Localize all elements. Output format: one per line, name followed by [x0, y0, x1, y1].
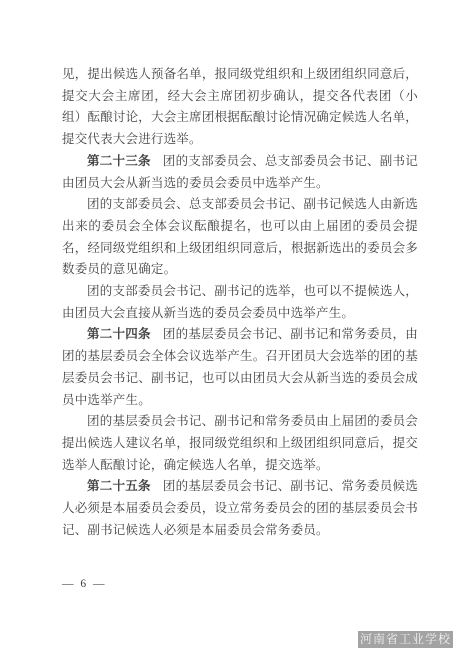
paragraph: 团的支部委员会书记、副书记的选举，也可以不提候选人，由团员大会直接从新当选的委员… — [62, 281, 418, 324]
paragraph: 见，提出候选人预备名单，报同级党组织和上级团组织同意后，提交大会主席团，经大会主… — [62, 64, 418, 151]
document-body-text: 见，提出候选人预备名单，报同级党组织和上级团组织同意后，提交大会主席团，经大会主… — [62, 64, 418, 541]
paragraph-text: 见，提出候选人预备名单，报同级党组织和上级团组织同意后，提交大会主席团，经大会主… — [62, 67, 418, 146]
paragraph: 第二十四条团的基层委员会书记、副书记和常务委员，由团的基层委员会全体会议选举产生… — [62, 324, 418, 411]
paragraph-text: 团的基层委员会书记、副书记和常务委员由上届团的委员会提出候选人建议名单，报同级党… — [62, 414, 418, 471]
watermark-school-name: 河南省工业学校 — [358, 631, 453, 648]
article-23-heading: 第二十三条 — [87, 154, 151, 168]
paragraph: 团的基层委员会书记、副书记和常务委员由上届团的委员会提出候选人建议名单，报同级党… — [62, 411, 418, 476]
page-number: — 6 — — [62, 578, 107, 590]
paragraph: 团的支部委员会、总支部委员会书记、副书记候选人由新选出来的委员会全体会议酝酿提名… — [62, 194, 418, 281]
article-24-heading: 第二十四条 — [87, 327, 151, 341]
paragraph: 第二十三条团的支部委员会、总支部委员会书记、副书记由团员大会从新当选的委员会委员… — [62, 151, 418, 194]
paragraph-text: 团的支部委员会、总支部委员会书记、副书记候选人由新选出来的委员会全体会议酝酿提名… — [62, 197, 418, 276]
paragraph: 第二十五条团的基层委员会书记、副书记、常务委员候选人必须是本届委员会委员，设立常… — [62, 476, 418, 541]
paragraph-text: 团的支部委员会书记、副书记的选举，也可以不提候选人，由团员大会直接从新当选的委员… — [62, 284, 418, 320]
article-25-heading: 第二十五条 — [87, 479, 151, 493]
scanned-document-page: 见，提出候选人预备名单，报同级党组织和上级团组织同意后，提交大会主席团，经大会主… — [0, 0, 453, 648]
